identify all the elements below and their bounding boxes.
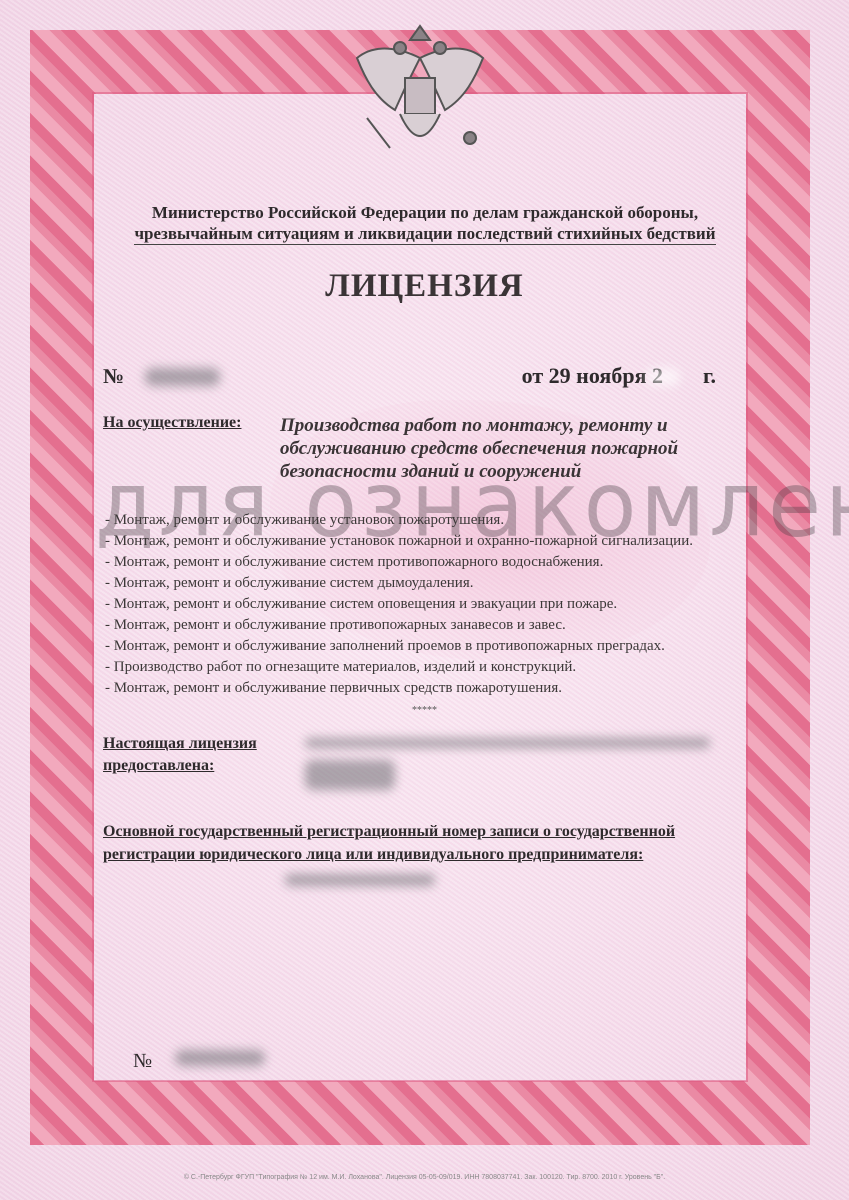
licensee-name-redacted [305, 738, 710, 748]
list-item: - Монтаж, ремонт и обслуживание противоп… [105, 615, 765, 636]
works-list: - Монтаж, ремонт и обслуживание установо… [105, 510, 765, 699]
license-number-label: № [103, 364, 124, 389]
blank-number-redacted [175, 1050, 265, 1066]
list-item: - Монтаж, ремонт и обслуживание систем о… [105, 594, 765, 615]
date-suffix: г. [703, 363, 716, 388]
list-item: - Монтаж, ремонт и обслуживание установо… [105, 531, 765, 552]
list-item: - Монтаж, ремонт и обслуживание систем п… [105, 552, 765, 573]
issue-date: от 29 ноября 2г. [522, 363, 716, 389]
ministry-name: Министерство Российской Федерации по дел… [100, 202, 750, 245]
granted-label: Настоящая лицензия предоставлена: [103, 733, 257, 777]
separator: ***** [0, 705, 849, 716]
ogrn-value-redacted [285, 874, 435, 886]
activity-label: На осуществление: [103, 414, 241, 432]
list-item: - Производство работ по огнезащите матер… [105, 657, 765, 678]
list-item: - Монтаж, ремонт и обслуживание заполнен… [105, 636, 765, 657]
list-item: - Монтаж, ремонт и обслуживание установо… [105, 510, 765, 531]
ministry-line-1: Министерство Российской Федерации по дел… [100, 202, 750, 223]
coat-of-arms-icon [345, 18, 495, 168]
date-prefix: от 29 ноября 2 [522, 363, 663, 388]
list-item: - Монтаж, ремонт и обслуживание первичны… [105, 678, 765, 699]
blank-number-label: № [133, 1050, 152, 1073]
license-number-redacted [145, 368, 220, 386]
year-redacted [646, 368, 680, 386]
list-item: - Монтаж, ремонт и обслуживание систем д… [105, 573, 765, 594]
ministry-line-2: чрезвычайным ситуациям и ликвидации посл… [134, 223, 715, 245]
printer-imprint: © С.-Петербург ФГУП "Типография № 12 им.… [0, 1174, 849, 1181]
ogrn-label: Основной государственный регистрационный… [103, 820, 675, 866]
document-title: ЛИЦЕНЗИЯ [0, 268, 849, 305]
licensee-address-redacted [305, 760, 395, 790]
